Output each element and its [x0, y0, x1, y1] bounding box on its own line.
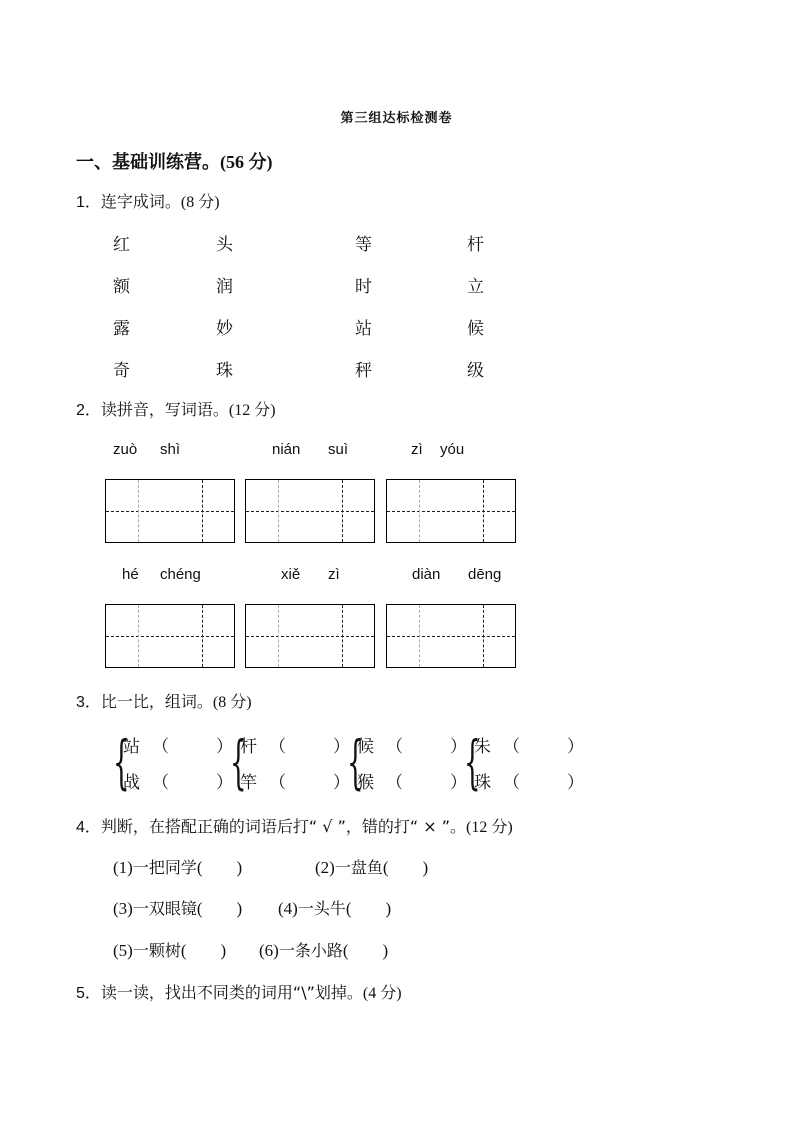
- question-1-header: 1．连字成词。(8 分): [76, 189, 220, 212]
- writing-box[interactable]: [105, 479, 235, 543]
- pinyin-syllable: nián: [272, 441, 300, 458]
- compare-pair: { 杆（） 竿（）: [230, 726, 340, 798]
- pinyin-syllable: diàn: [412, 566, 440, 583]
- question-prompt: 比一比，组词。: [101, 692, 213, 711]
- answer-blank[interactable]: （: [503, 768, 520, 793]
- document-title: 第三组达标检测卷: [0, 107, 793, 126]
- match-char[interactable]: 候: [467, 314, 484, 339]
- judge-item: (1)一把同学( ): [113, 855, 242, 878]
- section-score: (56 分): [220, 152, 273, 172]
- pinyin-syllable: suì: [328, 441, 348, 458]
- judge-item: (2)一盘鱼( ): [315, 855, 428, 878]
- writing-box[interactable]: [386, 604, 516, 668]
- pinyin-syllable: zì: [411, 441, 423, 458]
- pair-char-bottom: 猴: [357, 768, 374, 793]
- judge-item: (6)一条小路( ): [259, 938, 388, 961]
- match-char[interactable]: 站: [355, 314, 372, 339]
- pair-char-bottom: 竿: [240, 768, 257, 793]
- judge-item: (4)一头牛( ): [278, 896, 391, 919]
- answer-blank[interactable]: （: [386, 768, 403, 793]
- question-number: 3．: [76, 694, 101, 711]
- item-index: (3): [113, 899, 133, 918]
- question-prompt: 连字成词。: [101, 192, 181, 211]
- question-score: (8 分): [213, 694, 252, 711]
- answer-blank[interactable]: （: [152, 768, 169, 793]
- question-score: (4 分): [363, 985, 402, 1002]
- answer-blank[interactable]: ( ): [197, 858, 242, 877]
- answer-blank[interactable]: （: [269, 732, 286, 757]
- match-char[interactable]: 立: [467, 272, 484, 297]
- answer-blank[interactable]: ( ): [181, 941, 226, 960]
- answer-blank[interactable]: ( ): [197, 899, 242, 918]
- match-char[interactable]: 润: [216, 272, 233, 297]
- writing-box[interactable]: [245, 604, 375, 668]
- item-text: 一把同学: [133, 858, 197, 877]
- judge-item: (3)一双眼镜( ): [113, 896, 242, 919]
- question-number: 1．: [76, 194, 101, 211]
- question-3-header: 3．比一比，组词。(8 分): [76, 689, 252, 712]
- pinyin-syllable: xiě: [281, 566, 300, 583]
- paren-close: ）: [567, 768, 584, 793]
- item-text: 一颗树: [133, 941, 181, 960]
- match-char[interactable]: 等: [355, 230, 372, 255]
- pinyin-syllable: hé: [122, 566, 139, 583]
- match-char[interactable]: 杆: [467, 230, 484, 255]
- question-4-header: 4．判断，在搭配正确的词语后打“ √ ”，错的打“ × ”。(12 分): [76, 814, 513, 837]
- item-index: (5): [113, 941, 133, 960]
- item-index: (4): [278, 899, 298, 918]
- pair-char-top: 站: [123, 732, 140, 757]
- match-char[interactable]: 额: [113, 272, 130, 297]
- pair-char-top: 候: [357, 732, 374, 757]
- pair-char-top: 杆: [240, 732, 257, 757]
- question-number: 4．: [76, 819, 101, 836]
- match-char[interactable]: 珠: [216, 356, 233, 381]
- match-char[interactable]: 妙: [216, 314, 233, 339]
- match-char[interactable]: 奇: [113, 356, 130, 381]
- answer-blank[interactable]: ( ): [383, 858, 428, 877]
- item-index: (2): [315, 858, 335, 877]
- compare-pair: { 候（） 猴（）: [347, 726, 457, 798]
- compare-pair: { 朱（） 珠（）: [464, 726, 574, 798]
- pinyin-syllable: zuò: [113, 441, 137, 458]
- question-prompt: 读一读，找出不同类的词用“\”划掉。: [101, 983, 363, 1002]
- pinyin-syllable: zì: [328, 566, 340, 583]
- match-char[interactable]: 时: [355, 272, 372, 297]
- answer-blank[interactable]: （: [269, 768, 286, 793]
- pair-char-bottom: 战: [123, 768, 140, 793]
- match-char[interactable]: 秤: [355, 356, 372, 381]
- question-prompt: 判断，在搭配正确的词语后打“ √ ”，错的打“ × ”。: [101, 817, 466, 836]
- question-2-header: 2．读拼音，写词语。(12 分): [76, 397, 276, 420]
- item-index: (6): [259, 941, 279, 960]
- item-index: (1): [113, 858, 133, 877]
- pinyin-syllable: shì: [160, 441, 180, 458]
- question-number: 5．: [76, 985, 101, 1002]
- writing-box[interactable]: [245, 479, 375, 543]
- compare-pair: { 站（） 战（）: [113, 726, 223, 798]
- answer-blank[interactable]: （: [152, 732, 169, 757]
- answer-blank[interactable]: （: [386, 732, 403, 757]
- writing-box[interactable]: [386, 479, 516, 543]
- pinyin-syllable: dēng: [468, 566, 501, 583]
- question-prompt: 读拼音，写词语。: [101, 400, 229, 419]
- match-char[interactable]: 头: [216, 230, 233, 255]
- question-score: (12 分): [229, 402, 276, 419]
- answer-blank[interactable]: （: [503, 732, 520, 757]
- writing-box[interactable]: [105, 604, 235, 668]
- match-char[interactable]: 露: [113, 314, 130, 339]
- question-number: 2．: [76, 402, 101, 419]
- question-score: (12 分): [466, 819, 513, 836]
- pinyin-syllable: yóu: [440, 441, 464, 458]
- item-text: 一盘鱼: [335, 858, 383, 877]
- pinyin-syllable: chéng: [160, 566, 201, 583]
- question-score: (8 分): [181, 194, 220, 211]
- pair-char-top: 朱: [474, 732, 491, 757]
- answer-blank[interactable]: ( ): [343, 941, 388, 960]
- item-text: 一双眼镜: [133, 899, 197, 918]
- item-text: 一头牛: [298, 899, 346, 918]
- section-title: 一、基础训练营。: [76, 152, 220, 173]
- paren-close: ）: [567, 732, 584, 757]
- answer-blank[interactable]: ( ): [346, 899, 391, 918]
- item-text: 一条小路: [279, 941, 343, 960]
- section-heading: 一、基础训练营。(56 分): [76, 148, 273, 174]
- judge-item: (5)一颗树( ): [113, 938, 226, 961]
- match-char[interactable]: 级: [467, 356, 484, 381]
- question-5-header: 5．读一读，找出不同类的词用“\”划掉。(4 分): [76, 980, 402, 1003]
- match-char[interactable]: 红: [113, 230, 130, 255]
- pair-char-bottom: 珠: [474, 768, 491, 793]
